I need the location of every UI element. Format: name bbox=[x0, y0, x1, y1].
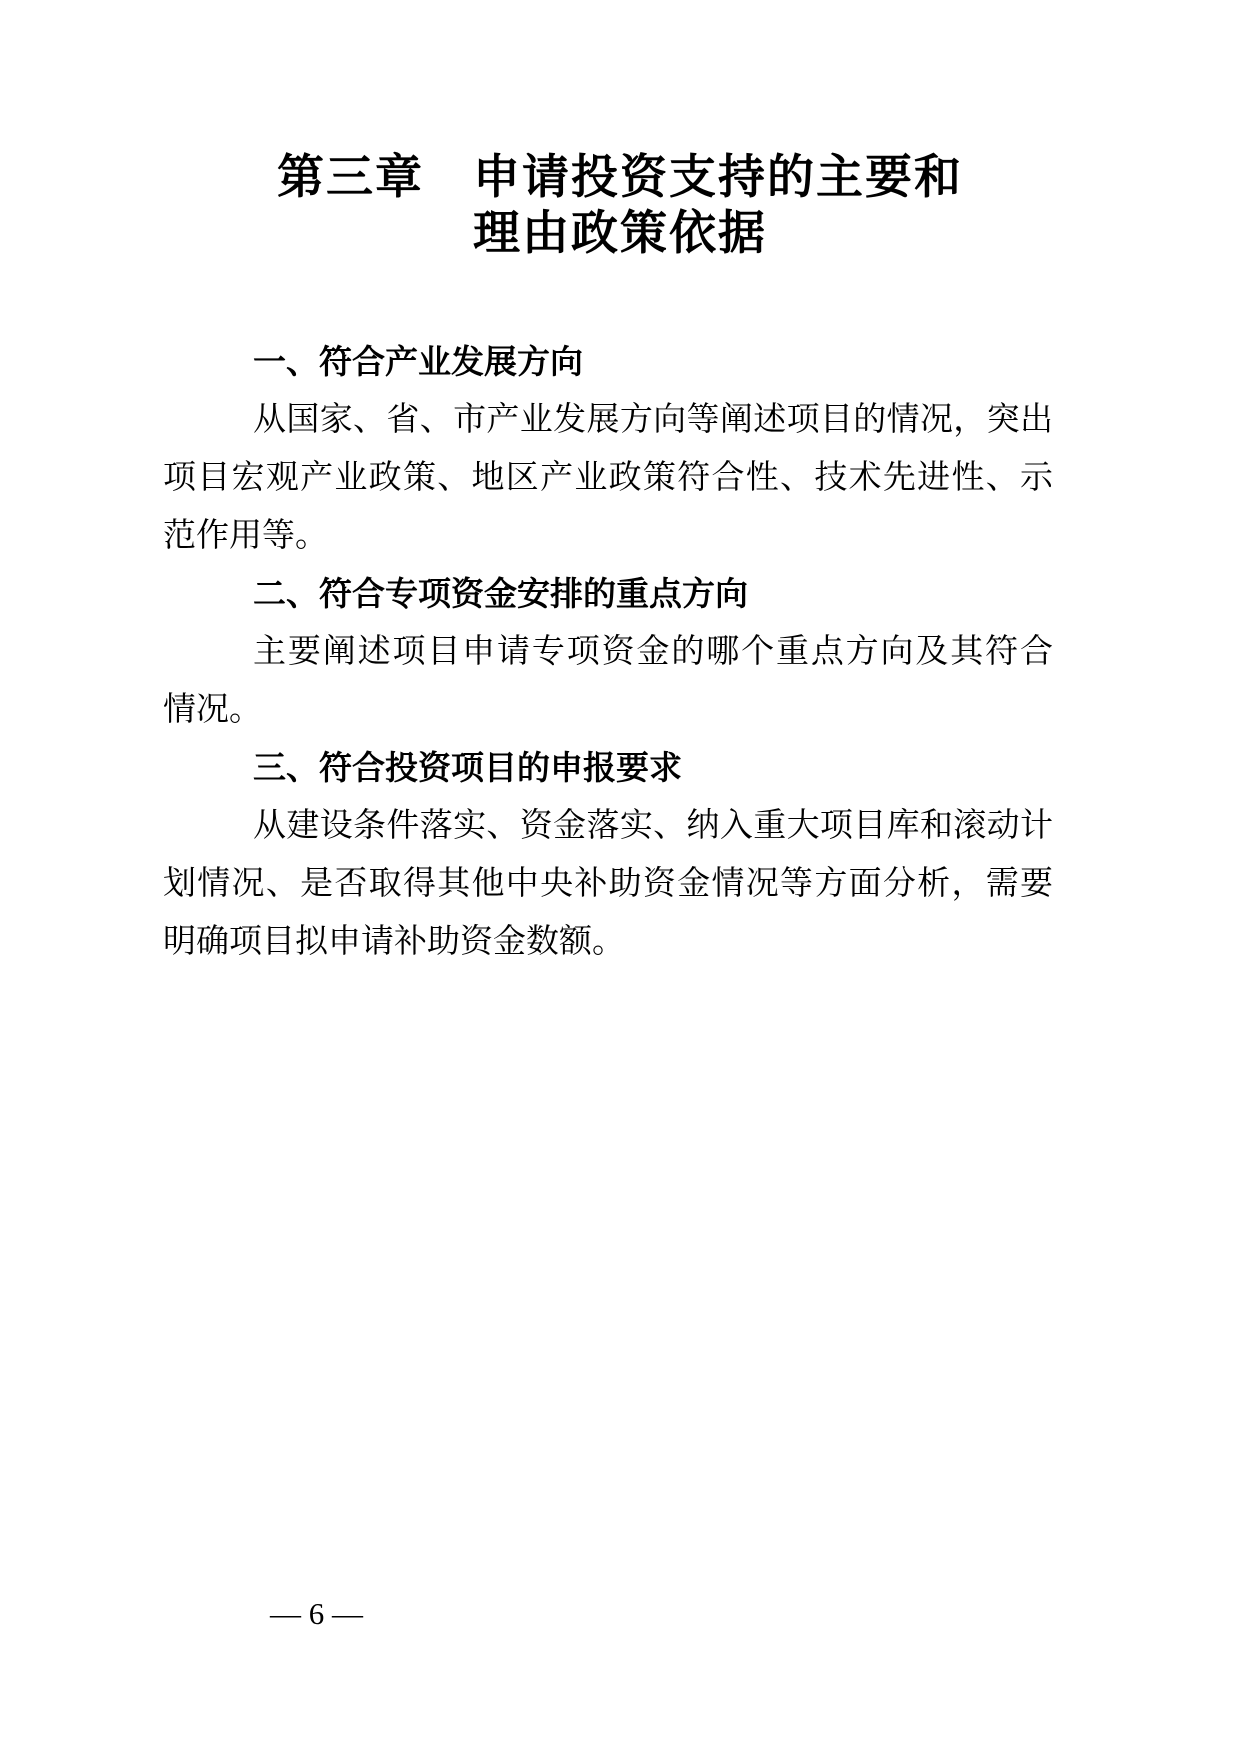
body-text-block: 一、符合产业发展方向 从国家、省、市产业发展方向等阐述项目的情况，突出 项目宏观… bbox=[163, 333, 1053, 971]
paragraph-2-line-2: 情况。 bbox=[163, 681, 1053, 739]
paragraph-1-line-3: 范作用等。 bbox=[163, 507, 1053, 565]
paragraph-3-line-1: 从建设条件落实、资金落实、纳入重大项目库和滚动计 bbox=[163, 797, 1053, 855]
chapter-title-line-2: 理由政策依据 bbox=[0, 206, 1240, 262]
section-heading-2: 二、符合专项资金安排的重点方向 bbox=[163, 565, 1053, 623]
section-heading-1: 一、符合产业发展方向 bbox=[163, 333, 1053, 391]
paragraph-2-line-1: 主要阐述项目申请专项资金的哪个重点方向及其符合 bbox=[163, 623, 1053, 681]
chapter-title: 第三章 申请投资支持的主要和 理由政策依据 bbox=[0, 150, 1240, 262]
section-heading-3: 三、符合投资项目的申报要求 bbox=[163, 739, 1053, 797]
chapter-title-line-1: 第三章 申请投资支持的主要和 bbox=[0, 150, 1240, 206]
document-page: 第三章 申请投资支持的主要和 理由政策依据 一、符合产业发展方向 从国家、省、市… bbox=[0, 0, 1240, 1753]
paragraph-1-line-1: 从国家、省、市产业发展方向等阐述项目的情况，突出 bbox=[163, 391, 1053, 449]
paragraph-3-line-3: 明确项目拟申请补助资金数额。 bbox=[163, 913, 1053, 971]
paragraph-1-line-2: 项目宏观产业政策、地区产业政策符合性、技术先进性、示 bbox=[163, 449, 1053, 507]
page-number: — 6 — bbox=[270, 1594, 363, 1634]
paragraph-3-line-2: 划情况、是否取得其他中央补助资金情况等方面分析，需要 bbox=[163, 855, 1053, 913]
